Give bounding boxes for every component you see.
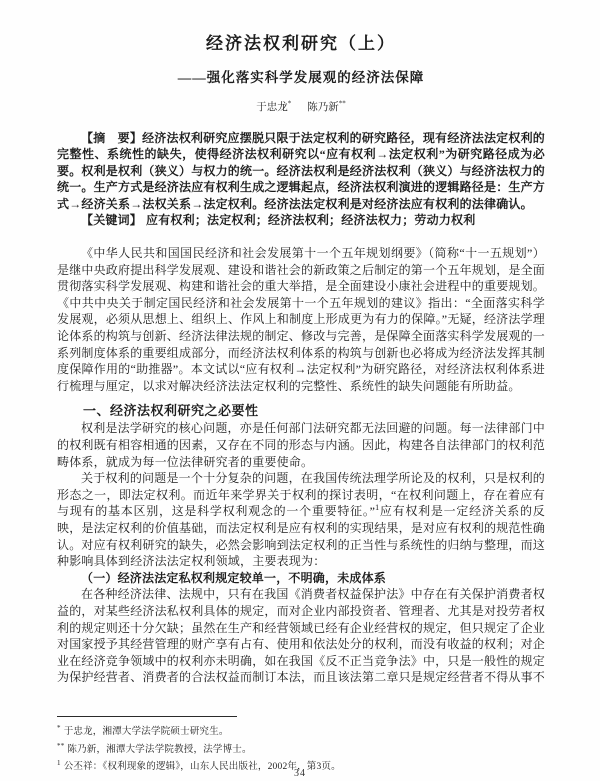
author-2: 陈乃新** xyxy=(307,102,346,113)
subsection-1-heading: （一）经济法法定私权利规定较单一，不明确，未成体系 xyxy=(57,570,545,587)
paper-title: 经济法权利研究（上） xyxy=(57,34,545,54)
footnotes-block: *于忠龙，湘潭大学法学院硕士研究生。 **陈乃新，湘潭大学法学院教授，法学博士。… xyxy=(57,716,545,775)
footnote-author-2-marker: ** xyxy=(57,742,64,750)
author-1-name: 于忠龙 xyxy=(256,102,288,113)
author-1: 于忠龙* xyxy=(256,102,291,113)
author-2-name: 陈乃新 xyxy=(307,102,339,113)
keywords-text: 应有权利；法定权利；经济法权利；经济法权力；劳动力权利 xyxy=(146,213,475,227)
paper-page: 经济法权利研究（上） ——强化落实科学发展观的经济法保障 于忠龙*陈乃新** 【… xyxy=(0,0,600,781)
keywords-label: 【关键词】 xyxy=(81,213,142,227)
footnote-author-2-text: 陈乃新，湘潭大学法学院教授，法学博士。 xyxy=(67,745,251,755)
keywords-line: 【关键词】应有权利；法定权利；经济法权利；经济法权力；劳动力权利 xyxy=(57,212,545,229)
paper-subtitle: ——强化落实科学发展观的经济法保障 xyxy=(57,69,545,86)
section-1-paragraph-2: 关于权利的问题是一个十分复杂的问题，在我国传统法理学所论及的权利，只是权利的形态… xyxy=(57,470,545,570)
footnote-author-2: **陈乃新，湘潭大学法学院教授，法学博士。 xyxy=(57,740,545,758)
footnote-author-1: *于忠龙，湘潭大学法学院硕士研究生。 xyxy=(57,722,545,740)
authors-line: 于忠龙*陈乃新** xyxy=(57,97,545,114)
section-1-paragraph-1: 权利是法学研究的核心问题，亦是任何部门法研究都无法回避的问题。每一法律部门中的权… xyxy=(57,420,545,470)
subsection-1-paragraph: 在各种经济法律、法规中，只有在我国《消费者权益保护法》中存在有关保护消费者权益的… xyxy=(57,586,545,686)
footnote-author-1-text: 于忠龙，湘潭大学法学院硕士研究生。 xyxy=(64,727,229,737)
footnote-author-1-marker: * xyxy=(57,724,61,732)
footnote-citation-1-marker: 1 xyxy=(57,759,61,767)
author-1-footnote-marker: * xyxy=(288,99,292,107)
section-1-heading: 一、经济法权利研究之必要性 xyxy=(57,401,545,420)
page-number: 34 xyxy=(0,768,600,779)
intro-paragraph: 《中华人民共和国国民经济和社会发展第十一个五年规划纲要》（简称“十一五规划”）是… xyxy=(57,245,545,394)
abstract-paragraph: 【摘 要】经济法权利研究应摆脱只限于法定权利的研究路径，现有经济法法定权利的完整… xyxy=(57,130,545,213)
abstract-label: 【摘 要】 xyxy=(81,131,142,145)
author-2-footnote-marker: ** xyxy=(339,99,346,107)
footnote-separator xyxy=(57,716,237,717)
